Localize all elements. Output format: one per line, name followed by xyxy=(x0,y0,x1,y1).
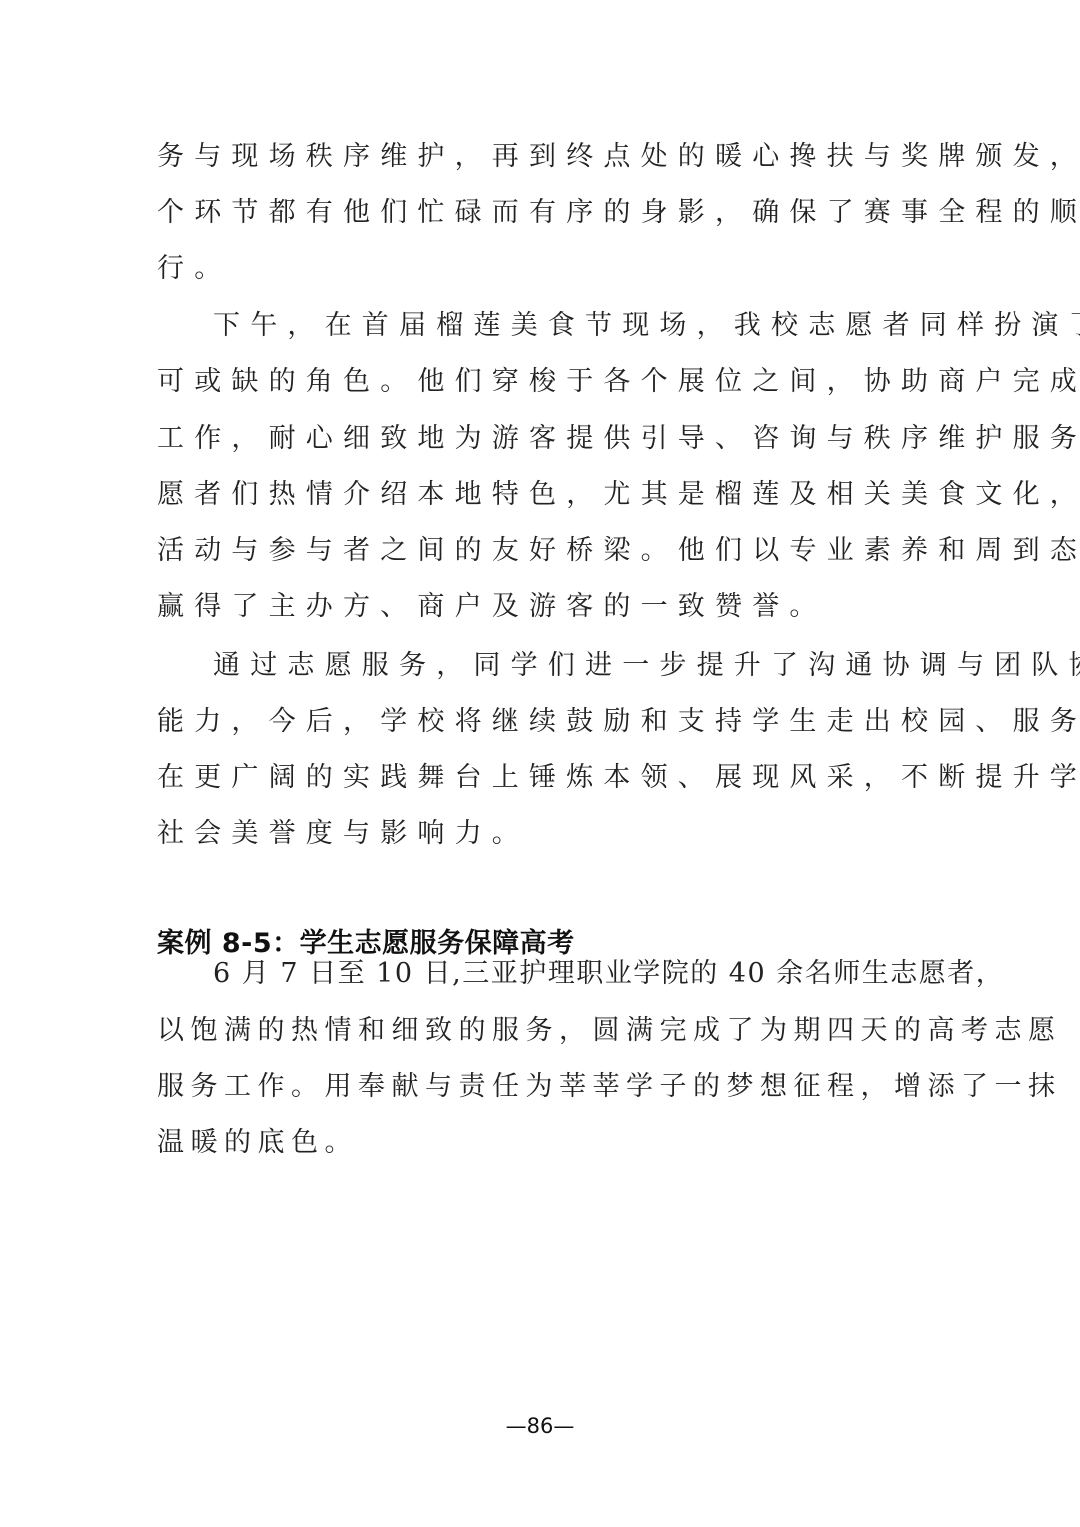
text-line: 能力，今后，学校将继续鼓励和支持学生走出校园、服务社会， xyxy=(157,706,1080,738)
text-line: 下午，在首届榴莲美食节现场，我校志愿者同样扮演了不 xyxy=(213,310,1080,342)
text-line: 行。 xyxy=(157,253,231,285)
text-line: 以饱满的热情和细致的服务，圆满完成了为期四天的高考志愿 xyxy=(157,1015,1062,1047)
document-page: 务与现场秩序维护，再到终点处的暖心搀扶与奖牌颁发，每一 个环节都有他们忙碌而有序… xyxy=(0,0,1080,1527)
text-line: 服务工作。用奉献与责任为莘莘学子的梦想征程，增添了一抹 xyxy=(157,1071,1062,1103)
section-heading: 案例 8-5：学生志愿服务保障高考 xyxy=(157,926,575,962)
text-line: 活动与参与者之间的友好桥梁。他们以专业素养和周到态度， xyxy=(157,535,1080,567)
text-line: 愿者们热情介绍本地特色，尤其是榴莲及相关美食文化，成为 xyxy=(157,479,1080,511)
text-line: 务与现场秩序维护，再到终点处的暖心搀扶与奖牌颁发，每一 xyxy=(157,141,1080,173)
text-line: 可或缺的角色。他们穿梭于各个展位之间，协助商户完成准备 xyxy=(157,366,1080,398)
text-line: 温暖的底色。 xyxy=(157,1127,358,1159)
page-number: —86— xyxy=(0,1412,1080,1440)
text-line: 赢得了主办方、商户及游客的一致赞誉。 xyxy=(157,591,827,623)
text-line: 个环节都有他们忙碌而有序的身影，确保了赛事全程的顺畅运 xyxy=(157,197,1080,229)
text-line: 通过志愿服务，同学们进一步提升了沟通协调与团队协作 xyxy=(213,650,1080,682)
text-line: 社会美誉度与影响力。 xyxy=(157,818,529,850)
text-line: 工作，耐心细致地为游客提供引导、咨询与秩序维护服务。志 xyxy=(157,423,1080,455)
text-line: 6 月 7 日至 10 日,三亚护理职业学院的 40 余名师生志愿者， xyxy=(213,958,1004,990)
text-line: 在更广阔的实践舞台上锤炼本领、展现风采，不断提升学校的 xyxy=(157,762,1080,794)
